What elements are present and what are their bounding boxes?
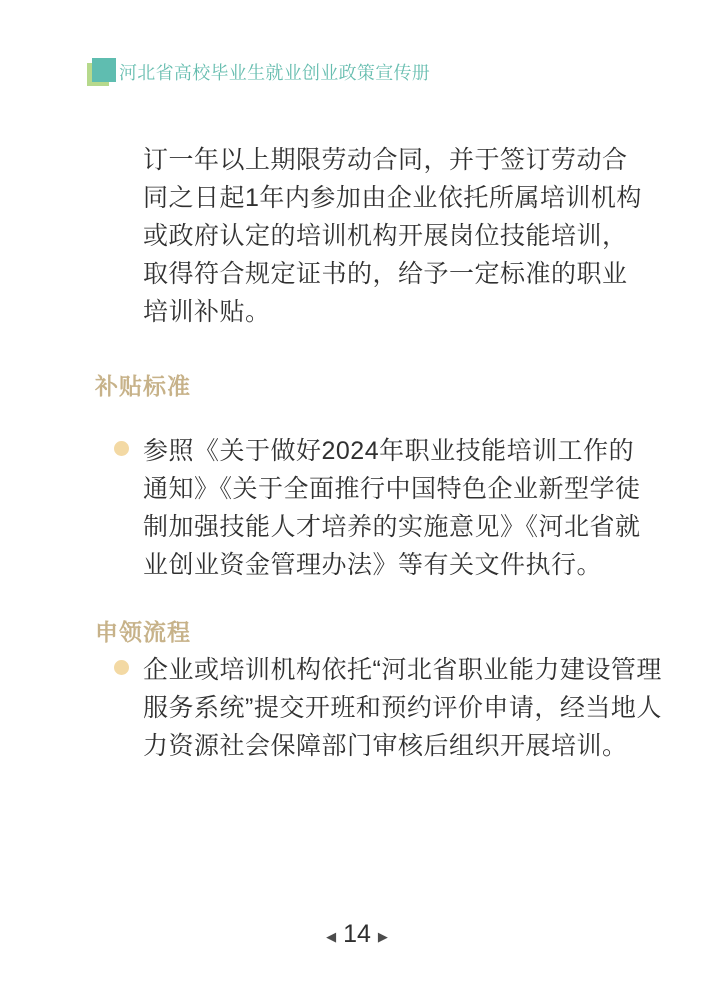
logo-front-square [92,58,116,82]
page-header: 河北省高校毕业生就业创业政策宣传册 [87,57,430,87]
brochure-page: 河北省高校毕业生就业创业政策宣传册 订一年以上期限劳动合同，并于签订劳动合 同之… [0,0,714,981]
brochure-title: 河北省高校毕业生就业创业政策宣传册 [119,59,430,85]
bullet-dot-icon [114,660,129,675]
section-heading-application-process: 申领流程 [95,614,191,647]
page-footer: ◀ 14 ▶ [0,922,714,947]
bullet-dot-icon [114,441,129,456]
page-number: 14 [343,922,371,947]
overlapping-squares-icon [87,57,116,87]
bullet-item-process: 企业或培训机构依托“河北省职业能力建设管理 服务系统”提交开班和预约评价申请，经… [114,651,662,765]
prev-page-icon: ◀ [326,927,336,943]
next-page-icon: ▶ [378,927,388,943]
bullet-text-process: 企业或培训机构依托“河北省职业能力建设管理 服务系统”提交开班和预约评价申请，经… [143,651,662,765]
bullet-item-subsidy: 参照《关于做好2024年职业技能培训工作的 通知》《关于全面推行中国特色企业新型… [114,432,641,584]
section-heading-subsidy-standard: 补贴标准 [95,368,191,401]
bullet-text-subsidy: 参照《关于做好2024年职业技能培训工作的 通知》《关于全面推行中国特色企业新型… [143,432,641,584]
intro-paragraph: 订一年以上期限劳动合同，并于签订劳动合 同之日起1年内参加由企业依托所属培训机构… [143,141,642,331]
